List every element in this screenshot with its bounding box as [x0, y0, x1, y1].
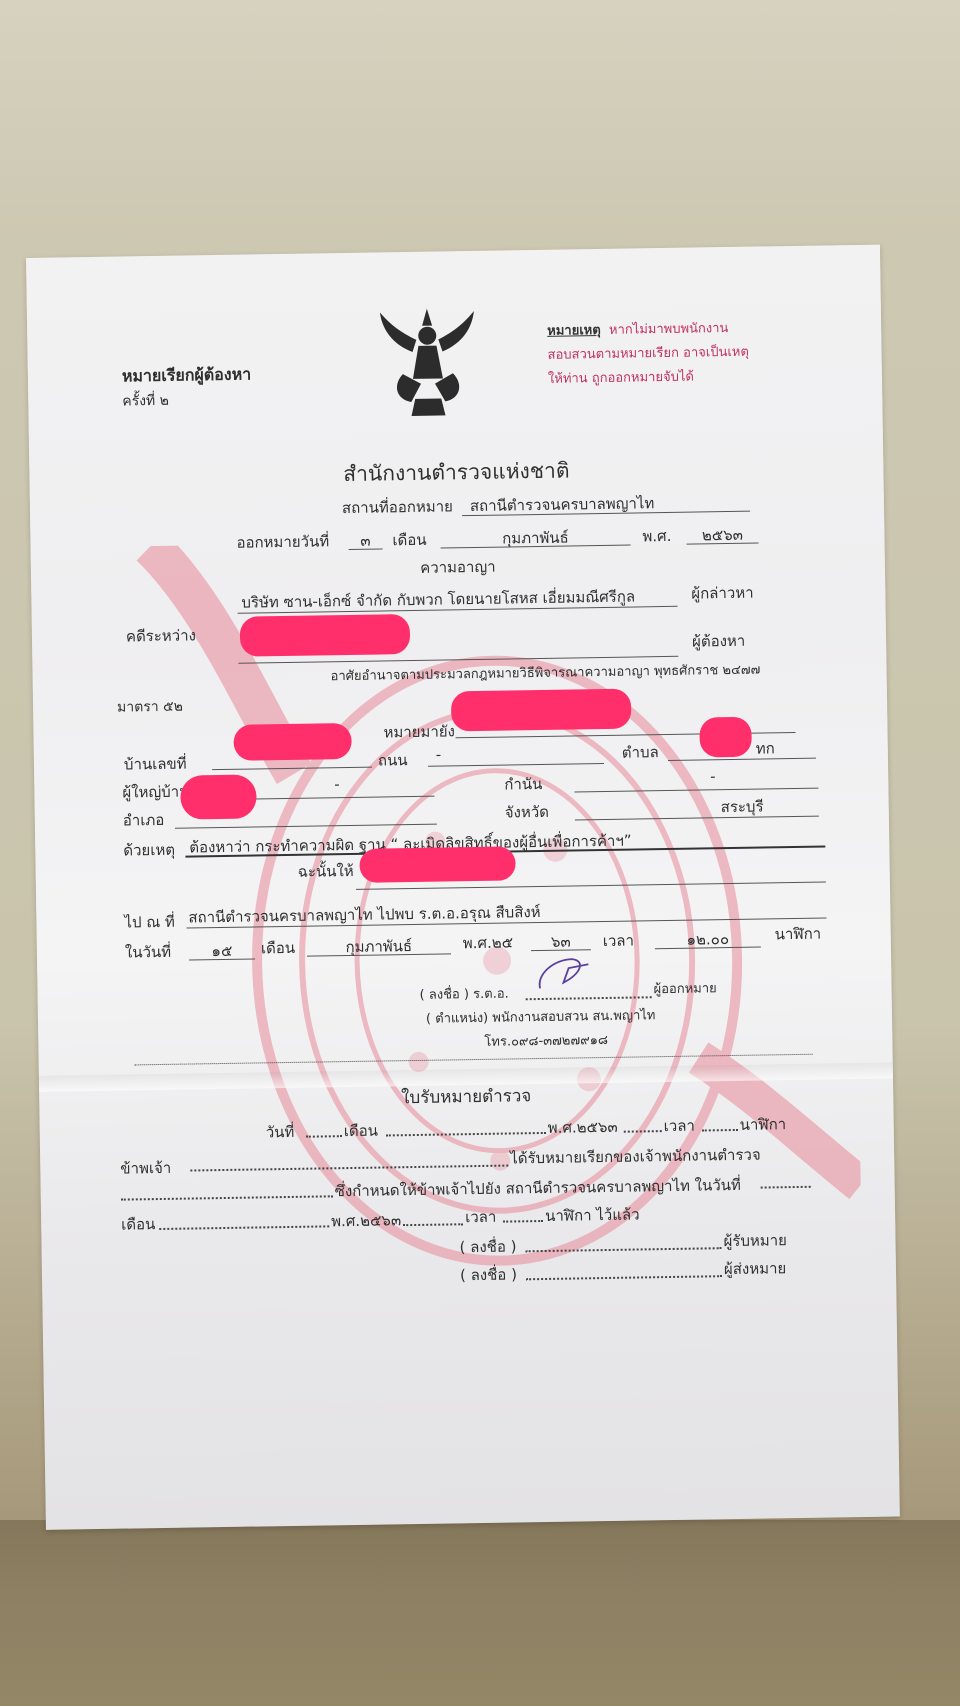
village-head-label: ผู้ใหญ่บ้าน: [122, 780, 189, 805]
issuer-phone: โทร.๐๙๘-๓๗๒๗๙๑๘: [484, 1029, 608, 1052]
issue-day: ๓: [348, 528, 382, 553]
garuda-emblem-icon: [372, 303, 484, 425]
accused-label: ผู้ต้องหา: [692, 629, 746, 654]
therefore-label: ฉะนั้นให้: [297, 859, 353, 884]
receipt-i-label: ข้าพเจ้า: [120, 1156, 171, 1181]
road-value: -: [436, 746, 442, 764]
summons-document: หมายเรียกผู้ต้องหา ครั้งที่ ๒ หมายเหตุ ห…: [26, 245, 900, 1530]
village-head-value: -: [334, 775, 340, 793]
reason-label: ด้วยเหตุ: [123, 838, 175, 863]
warning-note: หมายเหตุ หากไม่มาพบพนักงาน สอบสวนตามหมาย…: [547, 317, 749, 392]
case-between-label: คดีระหว่าง: [126, 623, 196, 648]
redaction-accused-name: [240, 614, 411, 657]
receipt-year-label: พ.ศ.๒๕๖๓: [548, 1115, 618, 1140]
issuer-sign-suffix: ผู้ออกหมาย: [653, 977, 716, 999]
issue-month: กุมภาพันธ์: [440, 525, 630, 552]
receipt-month-label: เดือน: [344, 1119, 379, 1144]
issuer-sign-prefix: ( ลงชื่อ ) ร.ต.อ.: [419, 983, 508, 1005]
kamnan-label: กำนัน: [504, 772, 542, 797]
note-label: หมายเหตุ: [547, 323, 601, 339]
plaintiff-label: ผู้กล่าวหา: [691, 581, 754, 606]
sender-sign-prefix: ( ลงชื่อ ): [460, 1262, 517, 1287]
redaction-house-no: [233, 723, 352, 761]
note-line-2: สอบสวนตามหมายเรียก อาจเป็นเหตุ: [547, 341, 749, 368]
receiver-sign-prefix: ( ลงชื่อ ): [459, 1234, 516, 1259]
receipt-time2-label: เวลา: [465, 1205, 497, 1229]
form-title: หมายเรียกผู้ต้องหา: [122, 362, 252, 389]
appointment-year: ๖๓: [531, 929, 591, 954]
issue-place-value: สถานีตำรวจนครบาลพญาไท: [470, 491, 655, 518]
road-label: ถนน: [378, 748, 408, 772]
receipt-time-label: เวลา: [664, 1114, 696, 1138]
redaction-district: [180, 774, 257, 819]
appointment-day-label: ในวันที่: [125, 940, 172, 965]
receipt-day-label: วันที่: [266, 1120, 295, 1144]
province-label: จังหวัด: [505, 800, 550, 825]
receipt-month2-label: เดือน: [121, 1212, 156, 1237]
subdistrict-label: ตำบล: [622, 740, 659, 765]
subdistrict-suffix: ทก: [756, 736, 775, 760]
receipt-scheduled-text: ซึ่งกำหนดให้ข้าพเจ้าไปยัง สถานีตำรวจนครบ…: [335, 1173, 742, 1203]
appointment-month: กุมภาพันธ์: [307, 933, 451, 959]
copy-number: ครั้งที่ ๒: [122, 390, 169, 413]
issue-year: ๒๕๖๓: [686, 523, 758, 548]
signature-mark: [533, 955, 594, 992]
section-number: มาตรา ๕๒: [117, 696, 183, 719]
receipt-received-text: ได้รับหมายเรียกของเจ้าพนักงานตำรวจ: [510, 1143, 761, 1171]
sender-sign-suffix: ผู้ส่งหมาย: [724, 1256, 787, 1281]
issue-month-label: เดือน: [392, 528, 427, 553]
house-no-label: บ้านเลขที่: [124, 752, 187, 777]
appointment-time-unit: นาฬิกา: [775, 922, 822, 947]
kamnan-value: -: [710, 767, 716, 785]
issue-place-label: สถานที่ออกหมาย: [342, 494, 453, 520]
redaction-therefore-name: [359, 846, 516, 882]
agency-name: สำนักงานตำรวจแห่งชาติ: [29, 450, 883, 496]
district-label: อำเภอ: [123, 808, 165, 833]
issuer-position: ( ตำแหน่ง) พนักงานสอบสวน สน.พญาไท: [426, 1004, 656, 1029]
redaction-summons-name: [451, 689, 632, 732]
redaction-subdistrict: [699, 717, 752, 758]
appointment-month-label: เดือน: [261, 936, 296, 961]
province-value: สระบุรี: [721, 794, 764, 819]
table-surface: [0, 1520, 960, 1706]
go-to-label: ไป ณ ที่: [124, 910, 175, 935]
note-line-3: ให้ท่าน ถูกออกหมายจับได้: [548, 365, 750, 392]
receipt-year2-label: พ.ศ.๒๕๖๓: [331, 1208, 401, 1233]
appointment-time-label: เวลา: [603, 929, 635, 953]
summons-to-label: หมายมายัง: [383, 719, 455, 744]
appointment-year-label: พ.ศ.๒๕: [463, 930, 514, 955]
note-line-1: หากไม่มาพบพนักงาน: [609, 321, 729, 338]
case-type: ความอาญา: [31, 549, 885, 586]
appointment-time: ๑๒.๐๐: [655, 927, 761, 953]
receipt-time2-unit: นาฬิกา ไว้แล้ว: [545, 1202, 640, 1227]
issue-date-day-label: ออกหมายวันที่: [236, 529, 329, 554]
receipt-time-unit: นาฬิกา: [740, 1112, 787, 1137]
authority-text: อาศัยอำนาจตามประมวลกฎหมายวิธีพิจารณาความ…: [330, 659, 760, 687]
issue-year-label: พ.ศ.: [642, 524, 671, 548]
appointment-day: ๑๕: [189, 938, 255, 963]
receiver-sign-suffix: ผู้รับหมาย: [723, 1228, 787, 1253]
